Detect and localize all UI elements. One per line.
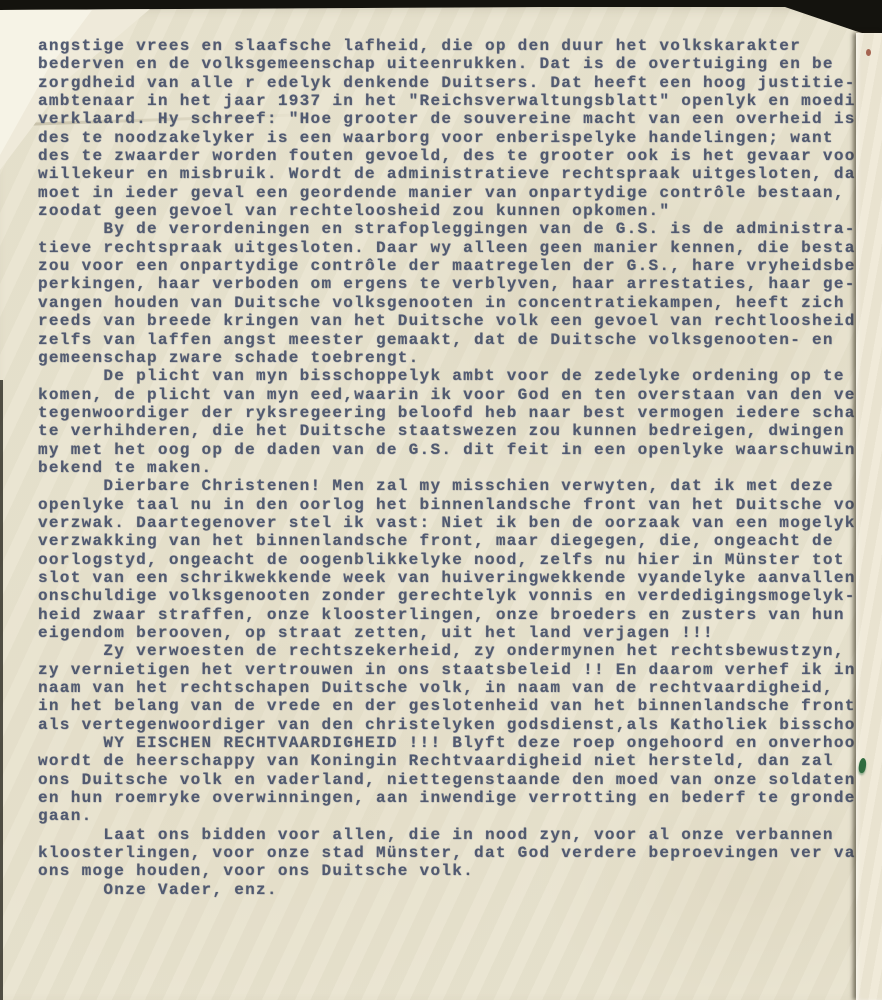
document-page: angstige vrees en slaafsche lafheid, die… bbox=[0, 0, 882, 1000]
text-line: ons moge houden, voor ons Duitsche volk. bbox=[38, 862, 882, 880]
text-line: tieve rechtspraak uitgesloten. Daar wy a… bbox=[38, 239, 882, 257]
scan-left-edge bbox=[0, 380, 3, 1000]
text-line: gemeenschap zware schade toebrengt. bbox=[38, 349, 882, 367]
text-line: zorgdheid van alle r edelyk denkende Dui… bbox=[38, 74, 882, 92]
text-line: heid zwaar straffen, onze kloosterlingen… bbox=[38, 606, 882, 624]
text-line: Onze Vader, enz. bbox=[38, 881, 882, 899]
text-line: kloosterlingen, voor onze stad Münster, … bbox=[38, 844, 882, 862]
text-line: tegenwoordiger der ryksregeering beloofd… bbox=[38, 404, 882, 422]
text-line: te verhihderen, die het Duitsche staatsw… bbox=[38, 422, 882, 440]
text-line: By de verordeningen en strafopleggingen … bbox=[38, 220, 882, 238]
text-line: oorlogstyd, ongeacht de oogenblikkelyke … bbox=[38, 551, 882, 569]
text-line: WY EISCHEN RECHTVAARDIGHEID !!! Blyft de… bbox=[38, 734, 882, 752]
text-line: willekeur en misbruik. Wordt de administ… bbox=[38, 165, 882, 183]
document-text: angstige vrees en slaafsche lafheid, die… bbox=[38, 37, 882, 899]
text-line: en hun roemryke overwinningen, aan inwen… bbox=[38, 789, 882, 807]
text-line: verklaard. Hy schreef: "Hoe grooter de s… bbox=[38, 110, 882, 128]
text-line: perkingen, haar verboden om ergens te ve… bbox=[38, 275, 882, 293]
text-line: gaan. bbox=[38, 807, 882, 825]
text-line: onschuldige volksgenooten zonder gerecht… bbox=[38, 587, 882, 605]
text-line: als vertegenwoordiger van den christelyk… bbox=[38, 716, 882, 734]
text-line: moet in ieder geval een geordende manier… bbox=[38, 184, 882, 202]
text-line: komen, de plicht van myn eed,waarin ik v… bbox=[38, 386, 882, 404]
text-line: openlyke taal nu in den oorlog het binne… bbox=[38, 496, 882, 514]
text-line: bekend te maken. bbox=[38, 459, 882, 477]
underlying-page-edge bbox=[856, 33, 882, 1000]
text-line: Dierbare Christenen! Men zal my misschie… bbox=[38, 477, 882, 495]
text-line: naam van het rechtschapen Duitsche volk,… bbox=[38, 679, 882, 697]
text-line: zy vernietigen het vertrouwen in ons sta… bbox=[38, 661, 882, 679]
text-line: De plicht van myn bisschoppelyk ambt voo… bbox=[38, 367, 882, 385]
scanned-document: angstige vrees en slaafsche lafheid, die… bbox=[0, 0, 882, 1000]
text-line: Laat ons bidden voor allen, die in nood … bbox=[38, 826, 882, 844]
text-line: Zy verwoesten de rechtszekerheid, zy ond… bbox=[38, 642, 882, 660]
text-line: verzwak. Daartegenover stel ik vast: Nie… bbox=[38, 514, 882, 532]
text-line: ons Duitsche volk en vaderland, niettege… bbox=[38, 771, 882, 789]
text-line: slot van een schrikwekkende week van hui… bbox=[38, 569, 882, 587]
text-line: bederven en de volksgemeenschap uiteenru… bbox=[38, 55, 882, 73]
text-line: vangen houden van Duitsche volksgenooten… bbox=[38, 294, 882, 312]
text-line: zoodat geen gevoel van rechteloosheid zo… bbox=[38, 202, 882, 220]
text-line: des te zwaarder worden fouten gevoeld, d… bbox=[38, 147, 882, 165]
text-line: ambtenaar in het jaar 1937 in het "Reich… bbox=[38, 92, 882, 110]
text-line: reeds van breede kringen van het Duitsch… bbox=[38, 312, 882, 330]
text-line: des te noodzakelyker is een waarborg voo… bbox=[38, 129, 882, 147]
red-spot bbox=[866, 49, 871, 56]
text-line: zelfs van laffen angst meester gemaakt, … bbox=[38, 331, 882, 349]
text-line: angstige vrees en slaafsche lafheid, die… bbox=[38, 37, 882, 55]
text-line: my met het oog op de daden van de G.S. d… bbox=[38, 441, 882, 459]
text-line: zou voor een onpartydige contrôle der ma… bbox=[38, 257, 882, 275]
text-line: wordt de heerschappy van Koningin Rechtv… bbox=[38, 752, 882, 770]
text-line: eigendom berooven, op straat zetten, uit… bbox=[38, 624, 882, 642]
text-line: verzwakking van het binnenlandsche front… bbox=[38, 532, 882, 550]
text-line: in het belang van de vrede en der geslot… bbox=[38, 697, 882, 715]
